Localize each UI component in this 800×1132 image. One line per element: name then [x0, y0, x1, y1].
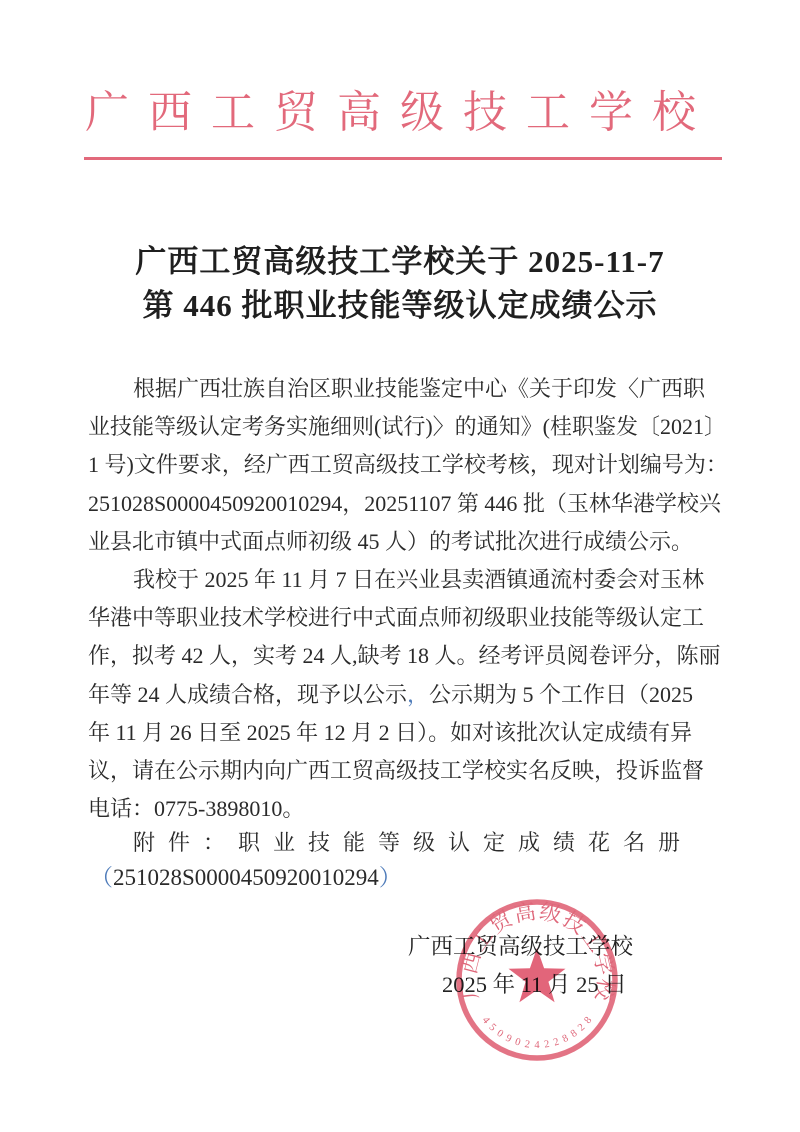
- body-line: 电话：0775-3898010。: [88, 790, 722, 828]
- body-line: 251028S0000450920010294，20251107 第 446 批…: [88, 485, 722, 523]
- body-line: 业县北市镇中式面点师初级 45 人）的考试批次进行成绩公示。: [88, 523, 722, 561]
- body-text-segment: 公示期为 5 个工作日（2025: [429, 682, 693, 707]
- document-title-line1: 广西工贸高级技工学校关于 2025-11-7: [0, 240, 800, 284]
- letterhead-rule: [84, 157, 722, 160]
- letterhead-school-name: 广西工贸高级技工学校: [0, 84, 800, 141]
- body-line: 作，拟考 42 人，实考 24 人,缺考 18 人。经考评员阅卷评分，陈丽: [88, 637, 722, 675]
- attachment-line: 附件：职业技能等级认定成绩花名册: [88, 824, 722, 862]
- open-paren: （: [90, 865, 113, 890]
- body-line: 业技能等级认定考务实施细则(试行)〉的通知》(桂职鉴发〔2021〕: [88, 408, 722, 446]
- body-line: 年 11 月 26 日至 2025 年 12 月 2 日）。如对该批次认定成绩有…: [88, 714, 722, 752]
- close-paren: ）: [379, 865, 402, 890]
- official-seal-graphic: 广西工贸高级技工学校 4509024228828: [455, 898, 619, 1062]
- attachment-plan-code: 251028S0000450920010294: [113, 865, 379, 890]
- body-line: 年等 24 人成绩合格，现予以公示，公示期为 5 个工作日（2025: [88, 676, 722, 714]
- notice-document-page: 广西工贸高级技工学校 广西工贸高级技工学校关于 2025-11-7 第 446 …: [0, 0, 800, 1132]
- body-text-segment: 年等 24 人成绩合格，现予以公示: [88, 682, 407, 707]
- official-seal: 广西工贸高级技工学校 4509024228828: [455, 898, 619, 1062]
- body-line: 议，请在公示期内向广西工贸高级技工学校实名反映，投诉监督: [88, 752, 722, 790]
- body-line: 我校于 2025 年 11 月 7 日在兴业县卖酒镇通流村委会对玉林: [88, 561, 722, 599]
- document-title: 广西工贸高级技工学校关于 2025-11-7 第 446 批职业技能等级认定成绩…: [0, 240, 800, 328]
- body-line: 华港中等职业技术学校进行中式面点师初级职业技能等级认定工: [88, 599, 722, 637]
- seal-star-icon: [509, 948, 566, 1002]
- body-line: 1 号)文件要求，经广西工贸高级技工学校考核，现对计划编号为：: [88, 446, 722, 484]
- document-body: 根据广西壮族自治区职业技能鉴定中心《关于印发〈广西职 业技能等级认定考务实施细则…: [88, 370, 722, 828]
- blue-comma: ，: [407, 682, 429, 707]
- document-title-line2: 第 446 批职业技能等级认定成绩公示: [0, 284, 800, 328]
- body-line: 根据广西壮族自治区职业技能鉴定中心《关于印发〈广西职: [88, 370, 722, 408]
- attachment-code-line: （251028S0000450920010294）: [90, 859, 402, 897]
